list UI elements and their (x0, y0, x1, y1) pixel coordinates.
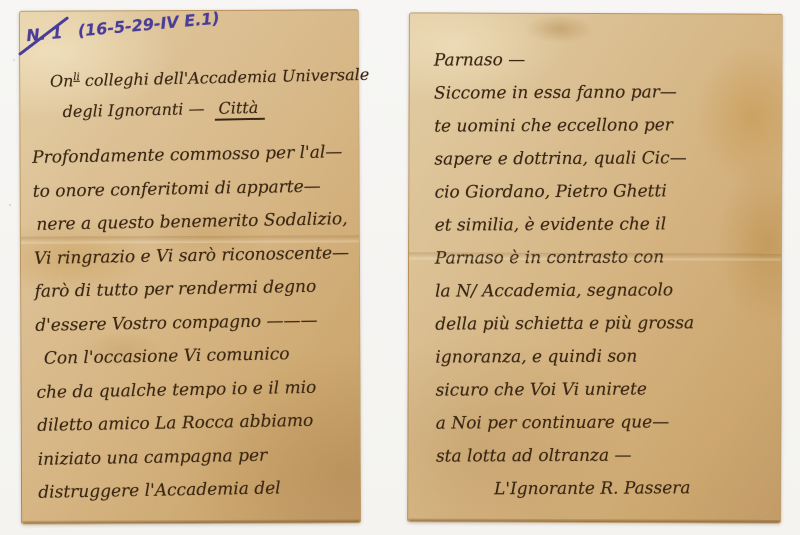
letter-salutation: Onli colleghi dell'Accademia Universale … (50, 55, 371, 127)
salutation-prefix: On (50, 71, 74, 91)
letter-page-right: Parnaso — Siccome in essa fanno par— te … (407, 12, 783, 523)
handwritten-line: sicuro che Voi Vi unirete (435, 373, 694, 407)
handwritten-line: Siccome in essa fanno par— (434, 76, 693, 110)
handwritten-line: distruggere l'Accademia del (38, 471, 354, 510)
handwritten-line: Parnaso è in contrasto con (435, 241, 694, 275)
letter-body-right: Parnaso — Siccome in essa fanno par— te … (434, 43, 695, 506)
archival-annotation: N. 1 (16-5-29-IV E.1) (25, 8, 220, 45)
handwritten-line: cio Giordano, Pietro Ghetti (434, 175, 693, 209)
letter-page-left: N. 1 (16-5-29-IV E.1) Onli colleghi dell… (19, 9, 361, 524)
handwritten-line: la N/ Accademia, segnacolo (435, 274, 694, 308)
handwritten-line: sapere e dottrina, quali Cic— (434, 142, 693, 176)
handwritten-line: sta lotta ad oltranza — (436, 439, 695, 473)
handwritten-line: d'essere Vostro compagno ——— (35, 304, 351, 343)
annotation-code: (16-5-29-IV E.1) (77, 8, 220, 40)
handwritten-line: te uomini che eccellono per (434, 109, 693, 143)
handwritten-line: Profondamente commosso per l'al— (32, 136, 348, 175)
handwritten-line: Con l'occasione Vi comunico (44, 337, 352, 376)
salutation-line-2: degli Ignoranti —Città (62, 90, 370, 128)
salutation-city: Città (214, 98, 264, 121)
handwritten-line: farò di tutto per rendermi degno (34, 270, 350, 309)
annotation-number: N. 1 (25, 22, 68, 45)
handwritten-line: ignoranza, e quindi son (435, 340, 694, 374)
salutation-rest: colleghi dell'Accademia Universale (80, 65, 370, 90)
salutation-recipients: degli Ignoranti — (62, 99, 204, 121)
letter-body-left: Profondamente commosso per l'al— to onor… (32, 136, 354, 510)
handwritten-line: della più schietta e più grossa (435, 307, 694, 341)
handwritten-line: nere a questo benemerito Sodalizio, (36, 203, 349, 242)
handwritten-line: Parnaso — (434, 43, 693, 77)
handwritten-line: et similia, è evidente che il (435, 208, 694, 242)
signature-line: L'Ignorante R. Passera (494, 472, 695, 506)
scanned-letter: N. 1 (16-5-29-IV E.1) Onli colleghi dell… (0, 0, 800, 535)
handwritten-line: a Noi per continuare que— (436, 406, 695, 440)
handwritten-line: diletto amico La Rocca abbiamo (37, 404, 353, 443)
